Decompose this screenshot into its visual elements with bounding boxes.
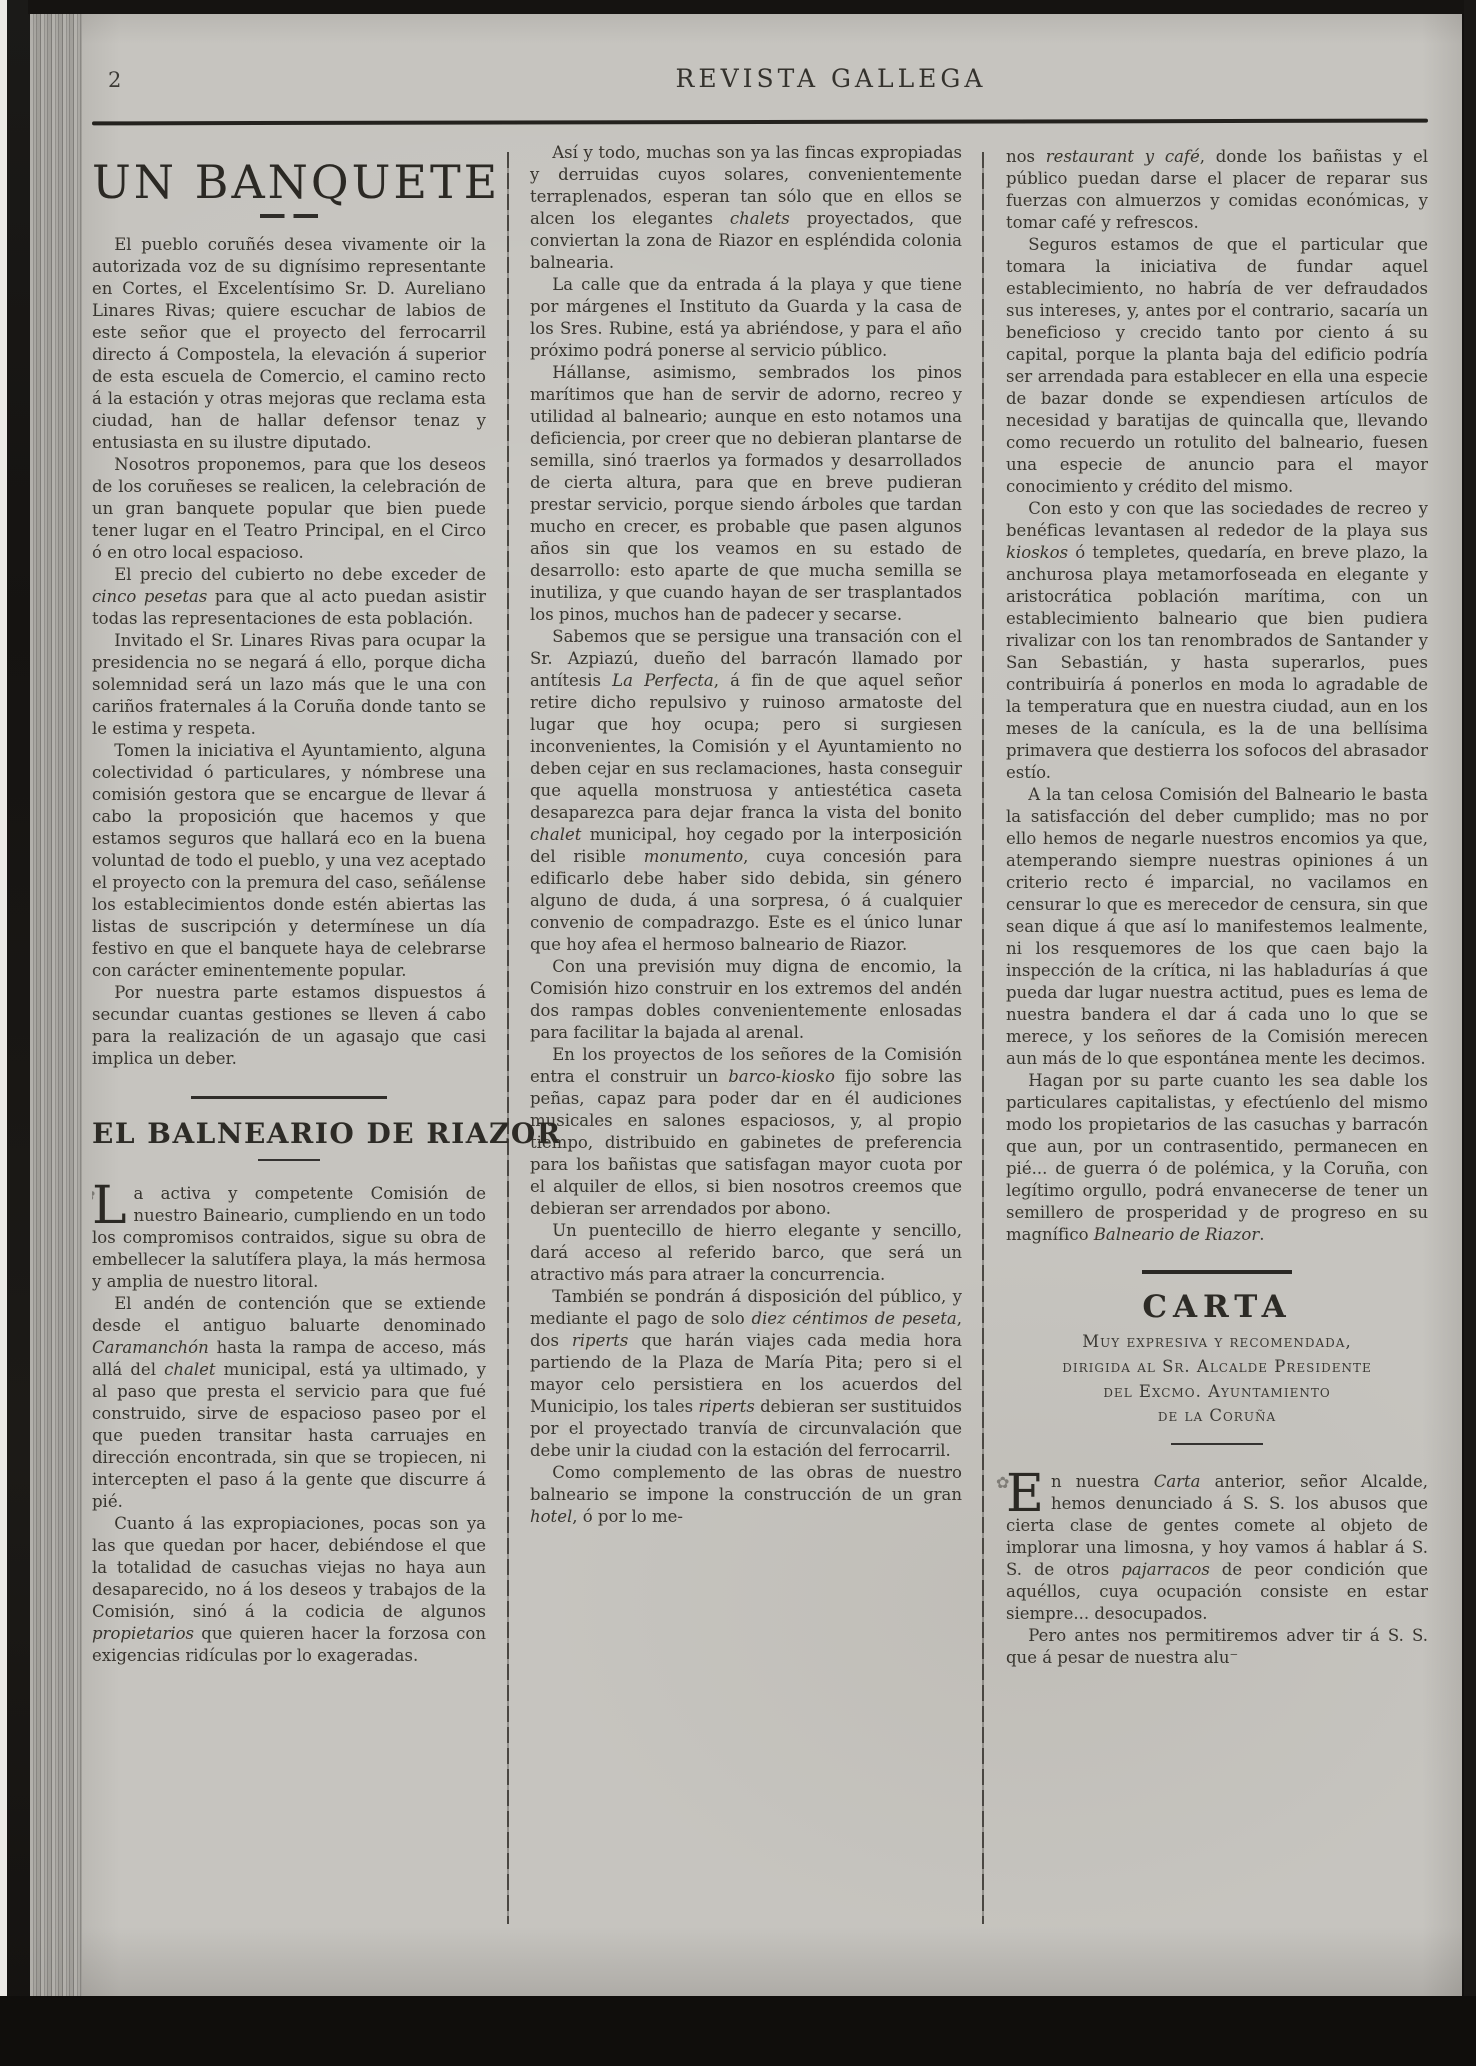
carta-subtitle-line: Muy expresiva y recomendada, [1006,1330,1428,1355]
column-divider-1 [507,152,509,1924]
column-3: nos restaurant y café, donde los bañista… [1006,142,1428,1992]
paragraph: Tomen la iniciativa el Ayuntamiento, alg… [92,740,486,982]
paragraph: Como complemento de las obras de nuestro… [530,1462,962,1528]
carta-subtitle-line: dirigida al Sr. Alcalde Presidente [1006,1355,1428,1380]
floral-ornament-icon: ✿ [996,1463,1009,1503]
article-body-carta: E✿n nuestra Carta anterior, señor Alcald… [1006,1471,1428,1669]
heading-rule [258,1159,320,1161]
paragraph: E✿n nuestra Carta anterior, señor Alcald… [1006,1471,1428,1625]
column-layout: UN BANQUETE El pueblo coruñés desea viva… [92,142,1428,1992]
article-title-carta: CARTA [1006,1296,1428,1318]
paragraph: A la tan celosa Comisión del Balneario l… [1006,784,1428,1070]
article-title-balneario: EL BALNEARIO DE RIAZOR [92,1123,486,1145]
carta-subtitle-line: de la Coruña [1006,1404,1428,1429]
book-binding-edge [7,0,30,2066]
scan-edge-left [0,0,7,2066]
column-1: UN BANQUETE El pueblo coruñés desea viva… [92,142,486,1992]
paragraph: El andén de contención que se extiende d… [92,1293,486,1513]
drop-cap: L✿ [92,1183,134,1226]
paragraph: Hagan por su parte cuanto les sea dable … [1006,1070,1428,1246]
paragraph: El pueblo coruñés desea vivamente oir la… [92,234,486,454]
paragraph: Pero antes nos permitiremos adver tir á … [1006,1625,1428,1669]
carta-subtitle-line: del Excmo. Ayuntamiento [1006,1380,1428,1405]
scanned-newspaper-page: 2 REVISTA GALLEGA UN BANQUETE El pueblo … [0,0,1476,2066]
article-end-rule [1142,1270,1292,1274]
article-end-rule [191,1096,387,1099]
paragraph: L✿a activa y competente Comisión de nues… [92,1183,486,1293]
scan-edge-bottom [0,1996,1476,2066]
article-title-banquete: UN BANQUETE [92,158,486,206]
paragraph: Por nuestra parte estamos dispuestos á s… [92,982,486,1070]
paragraph: Nosotros proponemos, para que los deseos… [92,454,486,564]
floral-ornament-icon: ✿ [92,1175,95,1215]
title-dash-ornament [260,214,318,218]
article-body-balneario-col1: L✿a activa y competente Comisión de nues… [92,1183,486,1667]
paragraph: Sabemos que se persigue una transación c… [530,626,962,956]
paragraph: Invitado el Sr. Linares Rivas para ocupa… [92,630,486,740]
drop-cap: E✿ [1006,1471,1051,1514]
column-2: Así y todo, muchas son ya las fincas exp… [530,142,962,1992]
scan-edge-right [1464,0,1476,2066]
paragraph: Seguros estamos de que el particular que… [1006,234,1428,498]
paragraph: En los proyectos de los señores de la Co… [530,1044,962,1220]
heading-rule [1171,1443,1263,1445]
paragraph: También se pondrán á disposición del púb… [530,1286,962,1462]
paragraph: Hállanse, asimismo, sembrados los pinos … [530,362,962,626]
page-stack-edges [30,14,82,1996]
paragraph: Así y todo, muchas son ya las fincas exp… [530,142,962,274]
paragraph: Con una previsión muy digna de encomio, … [530,956,962,1044]
masthead-title: REVISTA GALLEGA [30,64,1462,93]
column-divider-2 [982,152,984,1924]
paragraph: Cuanto á las expropiaciones, pocas son y… [92,1513,486,1667]
newspaper-sheet: 2 REVISTA GALLEGA UN BANQUETE El pueblo … [30,14,1462,1996]
article-body-balneario-col2: Así y todo, muchas son ya las fincas exp… [530,142,962,1528]
scan-edge-top [28,0,1476,14]
article-body-banquete: El pueblo coruñés desea vivamente oir la… [92,234,486,1070]
paragraph: Con esto y con que las sociedades de rec… [1006,498,1428,784]
paragraph: El precio del cubierto no debe exceder d… [92,564,486,630]
paragraph: Un puentecillo de hierro elegante y senc… [530,1220,962,1286]
carta-subtitle: Muy expresiva y recomendada, dirigida al… [1006,1330,1428,1429]
article-body-balneario-col3: nos restaurant y café, donde los bañista… [1006,146,1428,1246]
paragraph: La calle que da entrada á la playa y que… [530,274,962,362]
paragraph: nos restaurant y café, donde los bañista… [1006,146,1428,234]
header-rule [92,119,1428,126]
